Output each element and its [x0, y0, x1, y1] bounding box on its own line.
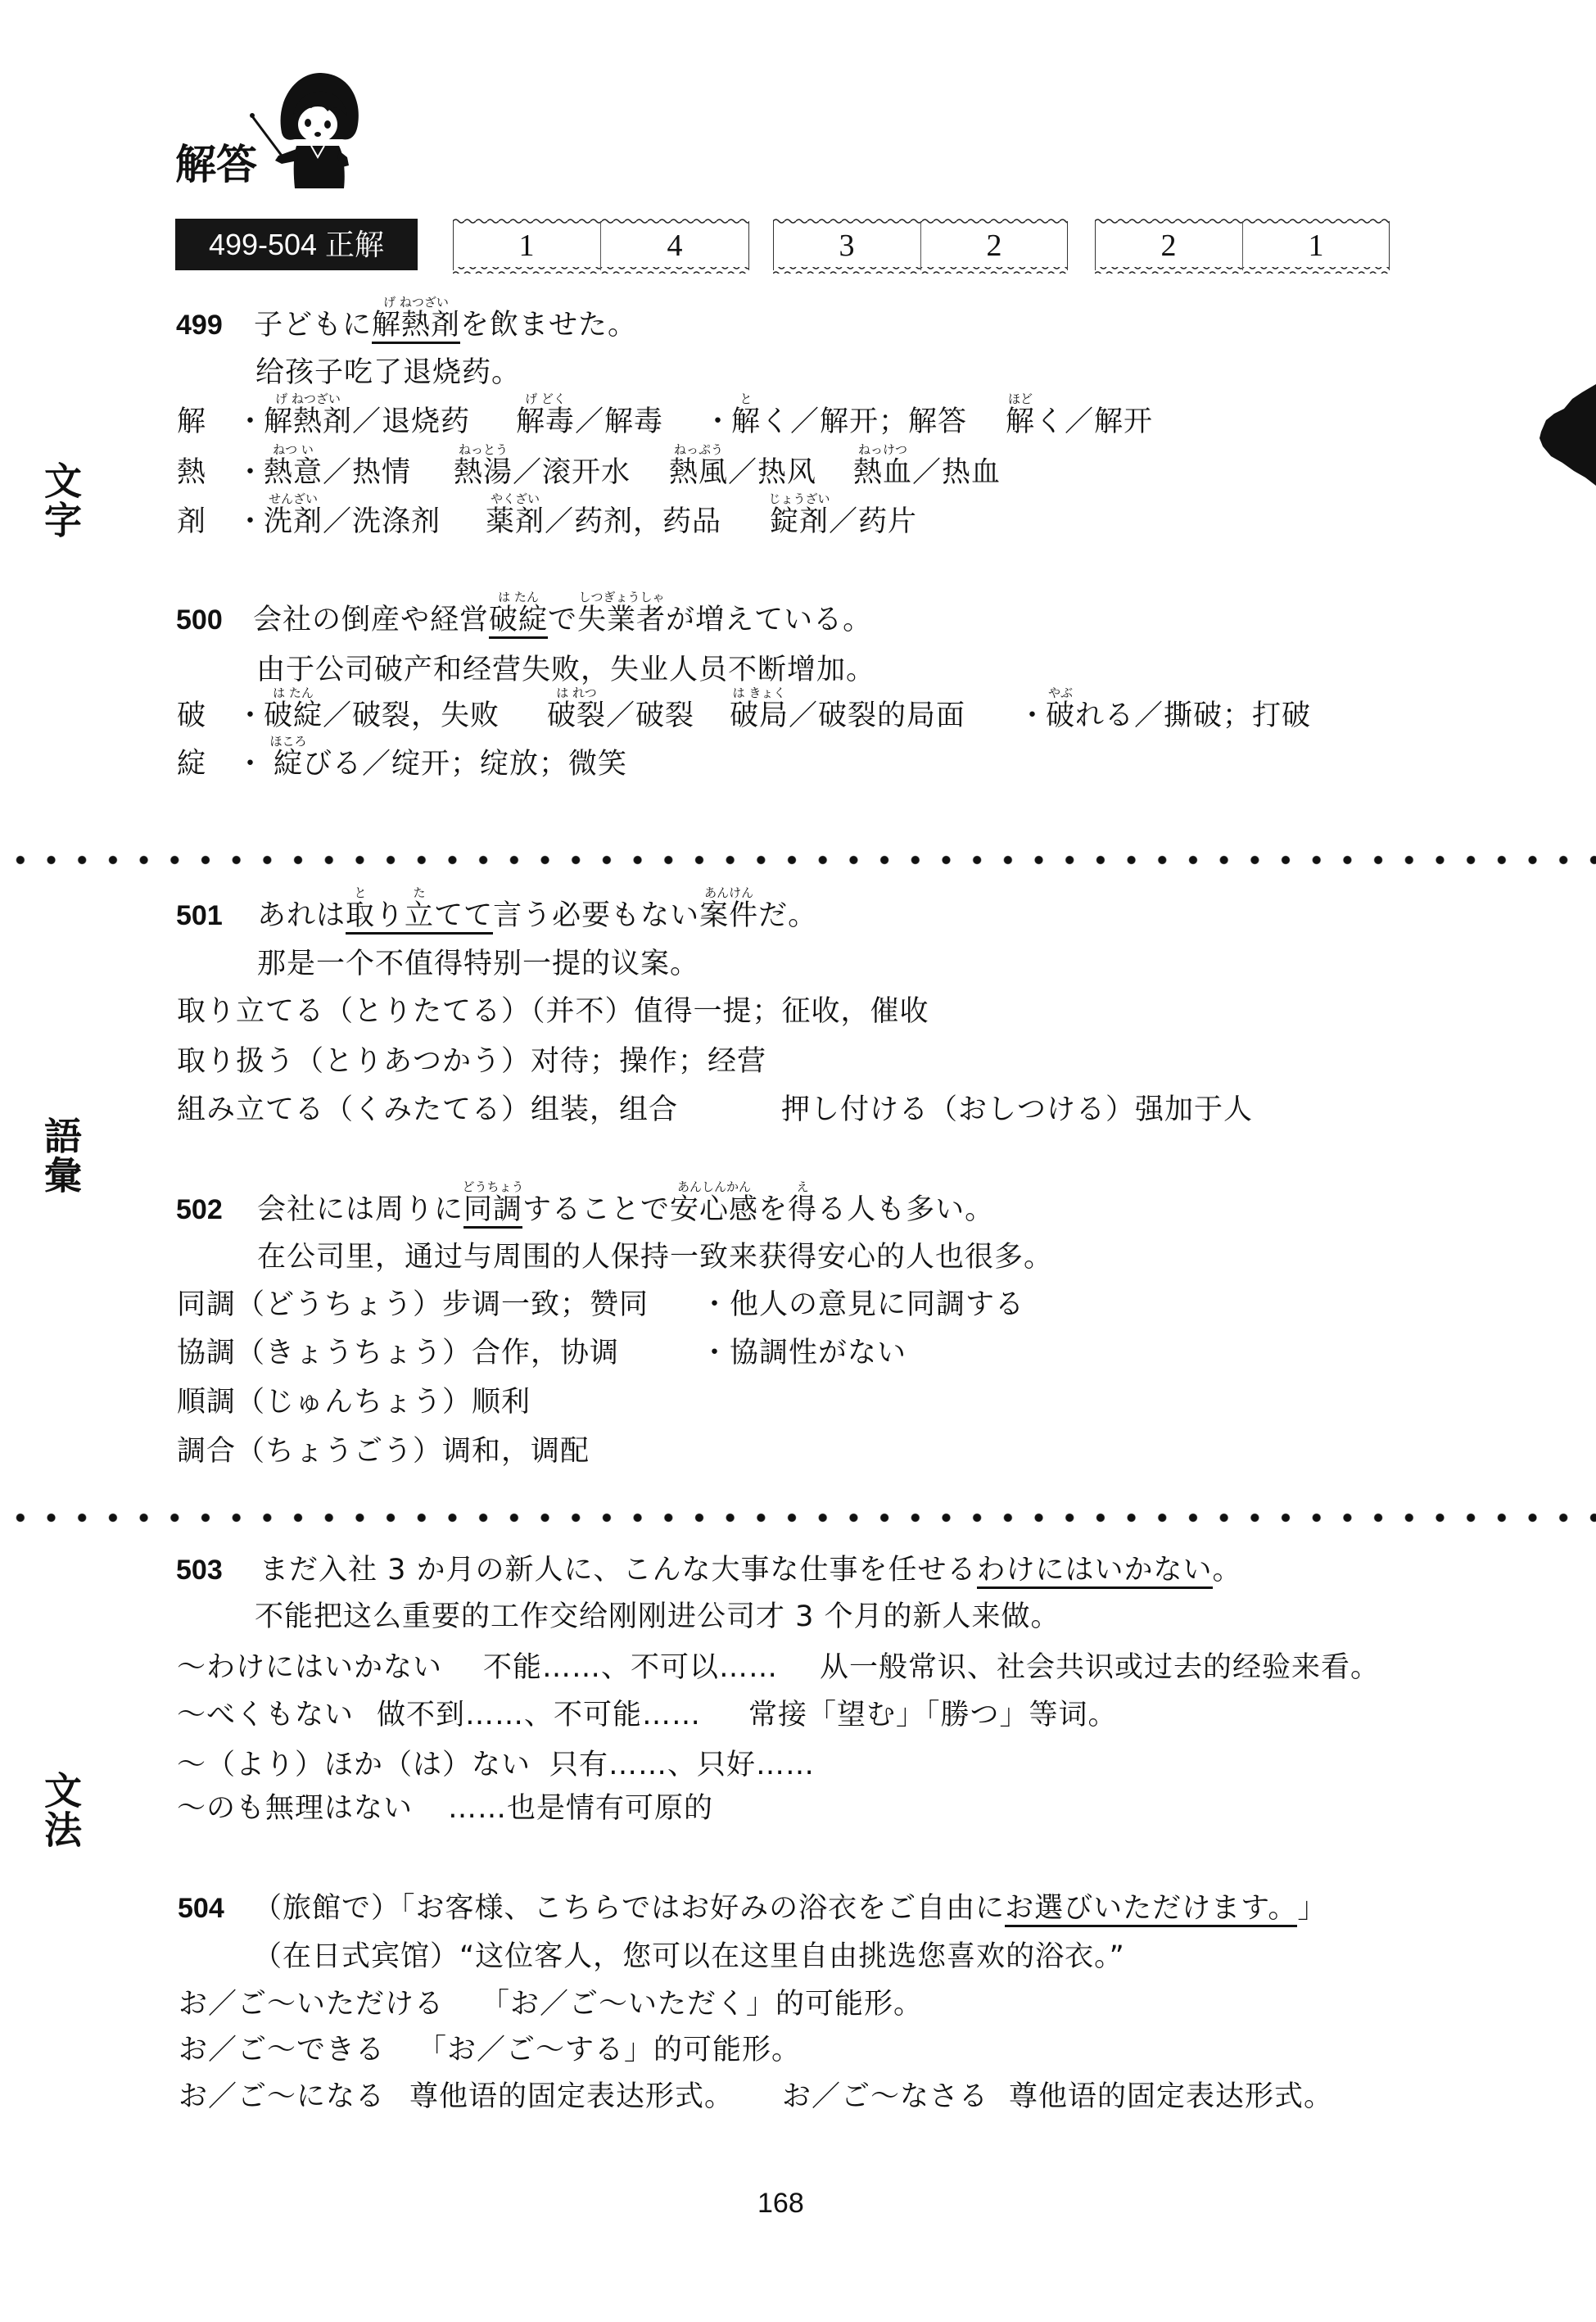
sentence-text: だ。 [758, 899, 817, 932]
note-text: ／破裂 [606, 699, 694, 732]
furigana: やぶ [1026, 687, 1095, 699]
answer-box-503-504: 2 1 [1095, 218, 1390, 274]
note-item: ・は たん破綻／破裂，失败 [239, 699, 500, 732]
grammar-pattern: お／ご～いただける [179, 1988, 444, 2021]
ruby-word: しつぎょうしゃ失業者 [577, 604, 666, 636]
note-item: げ どく解毒／解毒 [516, 405, 663, 438]
furigana: しつぎょうしゃ [558, 591, 685, 604]
furigana: げ どく [496, 393, 595, 405]
ruby-word: は きょく破局 [730, 699, 789, 732]
question-number: 501 [176, 899, 223, 932]
note-text: ／热血 [912, 456, 1001, 489]
answer-range-badge: 499-504 正解 [175, 219, 418, 270]
note-item: は きょく破局／破裂的局面 [730, 699, 965, 732]
vocab-row: 取り扱う（とりあつかう）对待；操作；经营 [0, 1045, 1596, 1078]
ruby-word: は たん破綻 [264, 699, 323, 732]
ruby-word: やくざい薬剤 [486, 505, 545, 538]
vocab-entry: 取り立てる（とりたてる）（并不）值得一提；征收，催收 [177, 995, 929, 1028]
question-number: 503 [176, 1554, 223, 1586]
ruby-base: 綻 [274, 748, 303, 781]
answer-500: 4 [600, 218, 749, 274]
question-number: 500 [176, 604, 223, 636]
sentence-text: （旅館で）「お客様、こちらではお好みの浴衣をご自由に [253, 1892, 1005, 1925]
ruby-word: じょうざい錠剤 [770, 505, 829, 538]
sentence-text: 子どもに [254, 309, 372, 342]
vocab-example: ・他人の意見に同調する [700, 1288, 1024, 1321]
ruby-base: 破局 [730, 699, 789, 732]
question-sentence: まだ入社 3 か月の新人に、こんな大事な仕事を任せるわけにはいかない。 [260, 1554, 1242, 1586]
ruby-base: 熱湯 [454, 456, 513, 489]
kanji-note-row: 綻 ・ほころ綻びる／绽开；绽放；微笑 [0, 748, 1596, 781]
target-word: は たん破綻 [489, 604, 548, 639]
answer-502: 2 [920, 218, 1068, 274]
note-text: れる／撕破；打破 [1075, 699, 1311, 732]
target-word: げ ねつざい解熱剤 [372, 309, 460, 344]
furigana: どうちょう [444, 1181, 542, 1193]
grammar-row: ～（より）ほか（は）ない 只有……、只好…… [0, 1749, 1596, 1781]
kanji-label: 解 [177, 405, 206, 438]
ruby-word: あんしんかん安心感 [670, 1193, 758, 1226]
vocab-entry: 調合（ちょうごう）调和，调配 [177, 1435, 590, 1468]
translation: 在公司里，通过与周围的人保持一致来获得安心的人也很多。 [257, 1241, 1053, 1274]
bullet-marker: ・ [236, 505, 265, 538]
furigana: ねっけつ [834, 444, 932, 456]
note-text: ／热情 [323, 456, 411, 489]
section-divider-dotted [0, 1513, 1596, 1523]
ruby-base: 破綻 [264, 699, 323, 732]
question-number: 504 [178, 1892, 224, 1925]
sentence-text: することで [522, 1193, 670, 1226]
target-word-base: 立 [405, 899, 434, 932]
vocab-entry: 協調（きょうちょう）合作，协调 [177, 1337, 619, 1369]
answer-box-499-500: 1 4 [453, 218, 749, 274]
grammar-meaning: 「お／ご～いただく」的可能形。 [481, 1988, 923, 2021]
question-number: 499 [176, 309, 223, 342]
grammar-row: お／ご～になる 尊他语的固定表达形式。 お／ご～なさる 尊他语的固定表达形式。 [0, 2080, 1596, 2113]
bullet-marker: ・ [236, 456, 265, 489]
ruby-base: 薬剤 [486, 505, 545, 538]
note-item: は れつ破裂／破裂 [547, 699, 694, 732]
ruby-word: やぶ破 [1046, 699, 1075, 732]
note-text: ／破裂的局面 [789, 699, 965, 732]
note-text: く／解开；解答 [761, 405, 967, 438]
target-word: どうちょう同調 [463, 1193, 522, 1229]
grammar-row: ～わけにはいかない 不能……、不可以…… 从一般常识、社会共识或过去的经验来看。 [0, 1651, 1596, 1684]
note-item: ねっけつ熱血／热血 [853, 456, 1001, 489]
sentence-text: 会社の倒産や経営 [253, 604, 489, 636]
ruby-word: あんけん案件 [699, 899, 758, 932]
note-text: ／破裂，失败 [323, 699, 500, 732]
grammar-row: お／ご～できる 「お／ご～する」的可能形。 [0, 2034, 1596, 2066]
note-item: ・げ ねつざい解熱剤／退烧药 [239, 405, 470, 438]
answer-504: 1 [1242, 218, 1390, 274]
kanji-note-row: 解 ・げ ねつざい解熱剤／退烧药 げ どく解毒／解毒 ・と解く／解开；解答 ほど… [0, 405, 1596, 438]
question-sentence: 会社には周りにどうちょう同調することであんしんかん安心感をえ得る人も多い。 [257, 1193, 994, 1226]
ruby-word: と解 [731, 405, 761, 438]
page-title: 解答 [175, 143, 257, 186]
sentence-text: 言う必要もない [493, 899, 699, 932]
kanji-label: 剤 [177, 505, 206, 538]
grammar-pattern: お／ご～なさる [782, 2080, 988, 2113]
furigana: あんけん [680, 887, 778, 899]
teacher-illustration-icon [246, 66, 368, 197]
sentence-text: る人も多い。 [817, 1193, 994, 1226]
ruby-base: 熱血 [853, 456, 912, 489]
note-item: じょうざい錠剤／药片 [770, 505, 917, 538]
ruby-word: ねっぷう熱風 [669, 456, 728, 489]
ruby-word: げ ねつざい解熱剤 [264, 405, 352, 438]
section-label-goi: 語彙 [41, 1116, 80, 1195]
ruby-base: 破 [1046, 699, 1075, 732]
question-500-translation-row: 由于公司破产和经营失败，失业人员不断增加。 [0, 654, 1596, 686]
furigana: やくざい [466, 493, 564, 505]
grammar-usage: 常接「望む」「勝つ」等词。 [748, 1699, 1118, 1731]
note-text: ／热风 [728, 456, 816, 489]
ruby-word: ねっとう熱湯 [454, 456, 513, 489]
kanji-note-row: 剤 ・せんざい洗剤／洗涤剂 やくざい薬剤／药剂，药品 じょうざい錠剤／药片 [0, 505, 1596, 538]
note-item: ねっとう熱湯／滚开水 [454, 456, 631, 489]
grammar-pattern: お／ご～できる [179, 2034, 385, 2066]
note-text: ／退烧药 [352, 405, 470, 438]
furigana: は たん [469, 591, 567, 604]
furigana: え [768, 1181, 837, 1193]
target-word: お選びいただけます。 [1005, 1892, 1297, 1927]
ruby-base: 失業者 [577, 604, 666, 636]
question-503-sentence-row: 503 まだ入社 3 か月の新人に、こんな大事な仕事を任せるわけにはいかない。 [0, 1554, 1596, 1586]
note-item: ・と解く／解开；解答 [707, 405, 967, 438]
question-sentence: 会社の倒産や経営は たん破綻でしつぎょうしゃ失業者が増えている。 [253, 604, 872, 636]
vocab-row: 組み立てる（くみたてる）组装，组合 押し付ける（おしつける）强加于人 [0, 1093, 1596, 1126]
target-word: わけにはいかない [977, 1554, 1213, 1589]
sentence-text: まだ入社 3 か月の新人に、こんな大事な仕事を任せる [260, 1554, 977, 1586]
ruby-base: 解毒 [516, 405, 575, 438]
kanji-note-row: 破 ・は たん破綻／破裂，失败 は れつ破裂／破裂 は きょく破局／破裂的局面 … [0, 699, 1596, 732]
bullet-marker: ・ [1018, 699, 1047, 732]
sentence-text: 」 [1297, 1892, 1327, 1925]
ruby-base: 解 [1006, 405, 1035, 438]
grammar-row: ～べくもない 做不到……、不可能…… 常接「望む」「勝つ」等词。 [0, 1699, 1596, 1731]
question-501-sentence-row: 501 あれはと取りた立てて言う必要もないあんけん案件だ。 [0, 899, 1596, 932]
kanji-note-row: 熱 ・ねつ い熱意／热情 ねっとう熱湯／滚开水 ねっぷう熱風／热风 ねっけつ熱血… [0, 456, 1596, 489]
grammar-pattern: ～べくもない [177, 1699, 354, 1731]
furigana: あんしんかん [650, 1181, 778, 1193]
translation: 那是一个不值得特别一提的议案。 [257, 948, 699, 980]
grammar-meaning: ……也是情有可原的 [448, 1792, 713, 1825]
answer-503: 2 [1095, 218, 1242, 274]
ruby-word: ねつ い熱意 [264, 456, 323, 489]
ruby-base: 熱風 [669, 456, 728, 489]
ruby-base: 熱意 [264, 456, 323, 489]
question-502-sentence-row: 502 会社には周りにどうちょう同調することであんしんかん安心感をえ得る人も多い… [0, 1193, 1596, 1226]
grammar-row: お／ご～いただける 「お／ご～いただく」的可能形。 [0, 1988, 1596, 2021]
furigana: じょうざい [750, 493, 848, 505]
ruby-word: は れつ破裂 [547, 699, 606, 732]
target-word-base: 取 [346, 899, 375, 932]
furigana: は れつ [527, 687, 626, 699]
furigana: ねつ い [244, 444, 342, 456]
question-sentence: あれはと取りた立てて言う必要もないあんけん案件だ。 [257, 899, 817, 932]
ruby-base: 解熱剤 [264, 405, 352, 438]
note-item: やくざい薬剤／药剂，药品 [486, 505, 721, 538]
question-number: 502 [176, 1193, 223, 1226]
ruby-word: げ どく解毒 [516, 405, 575, 438]
answer-499: 1 [453, 218, 600, 274]
translation: （在日式宾馆）“这位客人，您可以在这里自由挑选您喜欢的浴衣。” [253, 1940, 1125, 1973]
bullet-marker: ・ [236, 405, 265, 438]
note-text: ／解毒 [575, 405, 663, 438]
question-503-translation-row: 不能把这么重要的工作交给刚刚进公司才 3 个月的新人来做。 [0, 1600, 1596, 1633]
bullet-marker: ・ [236, 699, 265, 732]
ruby-word: せんざい洗剤 [264, 505, 323, 538]
ruby-word: ねっけつ熱血 [853, 456, 912, 489]
ruby-base: 安心感 [670, 1193, 758, 1226]
furigana: ねっぷう [649, 444, 748, 456]
furigana: ねっとう [434, 444, 532, 456]
bullet-marker: ・ [703, 405, 733, 438]
grammar-pattern: お／ご～になる [179, 2080, 385, 2113]
note-item: ・ほころ綻びる／绽开；绽放；微笑 [239, 748, 627, 781]
sentence-text: が増えている。 [666, 604, 872, 636]
answer-box-501-502: 3 2 [773, 218, 1068, 274]
sentence-text: を飲ませた。 [460, 309, 637, 342]
question-504-translation-row: （在日式宾馆）“这位客人，您可以在这里自由挑选您喜欢的浴衣。” [0, 1940, 1596, 1973]
vocab-entry: 押し付ける（おしつける）强加于人 [781, 1093, 1253, 1126]
vocab-row: 同調（どうちょう）步调一致；赞同 ・他人の意見に同調する [0, 1288, 1596, 1321]
target-word-base: 同調 [463, 1193, 522, 1226]
kanji-label: 綻 [177, 748, 206, 781]
grammar-meaning: 不能……、不可以…… [483, 1651, 778, 1684]
vocab-row: 協調（きょうちょう）合作，协调 ・協調性がない [0, 1337, 1596, 1369]
question-502-translation-row: 在公司里，通过与周围的人保持一致来获得安心的人也很多。 [0, 1241, 1596, 1274]
vocab-entry: 組み立てる（くみたてる）组装，组合 [177, 1093, 678, 1126]
vocab-entry: 同調（どうちょう）步调一致；赞同 [177, 1288, 649, 1321]
grammar-meaning: 「お／ご～する」的可能形。 [418, 2034, 801, 2066]
note-text: びる／绽开；绽放；微笑 [303, 748, 627, 781]
ruby-base: 得 [788, 1193, 817, 1226]
note-item: ほど解く／解开 [1006, 405, 1153, 438]
grammar-meaning: 尊他语的固定表达形式。 [1009, 2080, 1333, 2113]
ruby-base: 解 [731, 405, 761, 438]
sentence-text: 。 [1213, 1554, 1242, 1586]
note-text: ／滚开水 [513, 456, 631, 489]
question-sentence: 子どもにげ ねつざい解熱剤を飲ませた。 [254, 309, 637, 342]
translation: 不能把这么重要的工作交给刚刚进公司才 3 个月的新人来做。 [255, 1600, 1060, 1633]
sentence-text: を [758, 1193, 788, 1226]
ruby-base: 案件 [699, 899, 758, 932]
sentence-text: で [548, 604, 577, 636]
ruby-word: ほど解 [1006, 405, 1035, 438]
target-word-base: 破綻 [489, 604, 548, 636]
grammar-meaning: 只有……、只好…… [549, 1749, 815, 1781]
note-text: ／药剂，药品 [545, 505, 721, 538]
furigana: と [712, 393, 780, 405]
furigana: は きょく [710, 687, 808, 699]
furigana: せんざい [244, 493, 342, 505]
answer-501: 3 [773, 218, 920, 274]
translation: 给孩子吃了退烧药。 [255, 356, 521, 389]
furigana: げ ねつざい [244, 393, 372, 405]
ruby-base: 破裂 [547, 699, 606, 732]
vocab-row: 取り立てる（とりたてる）（并不）值得一提；征收，催收 [0, 995, 1596, 1028]
furigana: た [385, 887, 454, 899]
furigana: は たん [244, 687, 342, 699]
ruby-base: 錠剤 [770, 505, 829, 538]
grammar-row: ～のも無理はない ……也是情有可原的 [0, 1792, 1596, 1825]
ruby-word: ほころ綻 [274, 748, 303, 781]
page-number: 168 [757, 2188, 804, 2218]
section-divider-dotted [0, 855, 1596, 865]
note-text: ／洗涤剂 [323, 505, 441, 538]
bullet-marker: ・ [236, 748, 265, 781]
grammar-pattern: ～のも無理はない [177, 1792, 413, 1825]
question-sentence: （旅館で）「お客様、こちらではお好みの浴衣をご自由にお選びいただけます。」 [253, 1892, 1327, 1925]
grammar-meaning: 尊他语的固定表达形式。 [409, 2080, 734, 2113]
note-item: ねっぷう熱風／热风 [669, 456, 816, 489]
grammar-pattern: ～わけにはいかない [177, 1651, 442, 1684]
grammar-usage: 从一般常识、社会共识或过去的经验来看。 [820, 1651, 1380, 1684]
question-504-sentence-row: 504 （旅館で）「お客様、こちらではお好みの浴衣をご自由にお選びいただけます。… [0, 1892, 1596, 1925]
target-word: と取 [346, 899, 375, 935]
note-text: ／药片 [829, 505, 917, 538]
vocab-row: 順調（じゅんちょう）顺利 [0, 1386, 1596, 1419]
ruby-word: え得 [788, 1193, 817, 1226]
vocab-entry: 取り扱う（とりあつかう）对待；操作；经营 [177, 1045, 766, 1078]
sentence-text: 会社には周りに [257, 1193, 463, 1226]
kanji-label: 熱 [177, 456, 206, 489]
note-item: ・ねつ い熱意／热情 [239, 456, 411, 489]
note-item: ・せんざい洗剤／洗涤剂 [239, 505, 441, 538]
translation: 由于公司破产和经营失败，失业人员不断增加。 [256, 654, 875, 686]
furigana: げ ねつざい [352, 296, 480, 309]
ruby-base: 洗剤 [264, 505, 323, 538]
question-499-translation-row: 给孩子吃了退烧药。 [0, 356, 1596, 389]
target-word-base: 解熱剤 [372, 309, 460, 342]
furigana: ほころ [254, 736, 323, 748]
furigana: ほど [986, 393, 1055, 405]
vocab-example: ・協調性がない [700, 1337, 907, 1369]
note-text: く／解开 [1035, 405, 1153, 438]
vocab-entry: 順調（じゅんちょう）顺利 [177, 1386, 531, 1419]
target-word: り [375, 899, 405, 935]
sentence-text: あれは [257, 899, 346, 932]
question-500-sentence-row: 500 会社の倒産や経営は たん破綻でしつぎょうしゃ失業者が増えている。 [0, 604, 1596, 636]
grammar-meaning: 做不到……、不可能…… [377, 1699, 701, 1731]
grammar-pattern: ～（より）ほか（は）ない [177, 1749, 531, 1781]
target-word: た立 [405, 899, 434, 935]
note-item: ・やぶ破れる／撕破；打破 [1021, 699, 1311, 732]
question-499-sentence-row: 499 子どもにげ ねつざい解熱剤を飲ませた。 [0, 309, 1596, 342]
question-501-translation-row: 那是一个不值得特别一提的议案。 [0, 948, 1596, 980]
kanji-label: 破 [177, 699, 206, 732]
vocab-row: 調合（ちょうごう）调和，调配 [0, 1435, 1596, 1468]
target-word: てて [434, 899, 493, 935]
